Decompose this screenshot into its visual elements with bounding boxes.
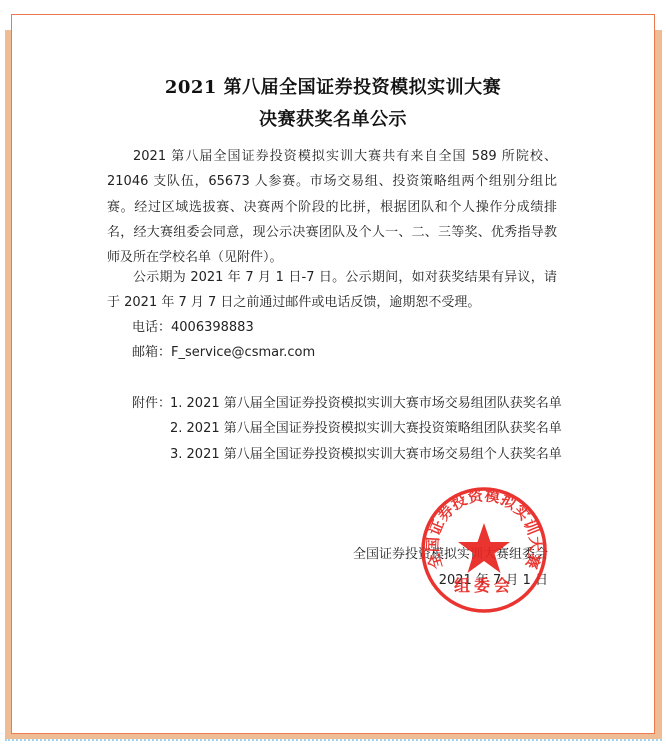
attachment-item: 1. 2021 第八届全国证券投资模拟实训大赛市场交易组团队获奖名单 <box>170 392 562 411</box>
star-icon <box>458 523 510 573</box>
attachments-label: 附件： <box>132 392 171 411</box>
phone-number: 4006398883 <box>171 320 254 335</box>
document-title: 2021 第八届全国证券投资模拟实训大赛 <box>0 73 666 99</box>
intro-paragraph: 2021 第八届全国证券投资模拟实训大赛共有来自全国 589 所院校、21046… <box>107 144 557 270</box>
notice-period-paragraph: 公示期为 2021 年 7 月 1 日-7 日。公示期间，如对获奖结果有异议，请… <box>107 265 557 316</box>
contact-phone: 电话：4006398883 <box>132 316 254 335</box>
document-subtitle: 决赛获奖名单公示 <box>0 105 666 131</box>
official-seal-icon: 全国证券投资模拟实训大赛 组委会 <box>419 485 549 615</box>
email-address: F_service@csmar.com <box>171 345 315 360</box>
dotted-divider <box>5 739 662 741</box>
attachment-item: 3. 2021 第八届全国证券投资模拟实训大赛市场交易组个人获奖名单 <box>170 443 562 462</box>
contact-email: 邮箱：F_service@csmar.com <box>132 341 315 360</box>
email-label: 邮箱： <box>132 345 171 360</box>
attachment-item: 2. 2021 第八届全国证券投资模拟实训大赛投资策略组团队获奖名单 <box>170 417 562 436</box>
phone-label: 电话： <box>132 320 171 335</box>
svg-text:组委会: 组委会 <box>454 576 514 595</box>
